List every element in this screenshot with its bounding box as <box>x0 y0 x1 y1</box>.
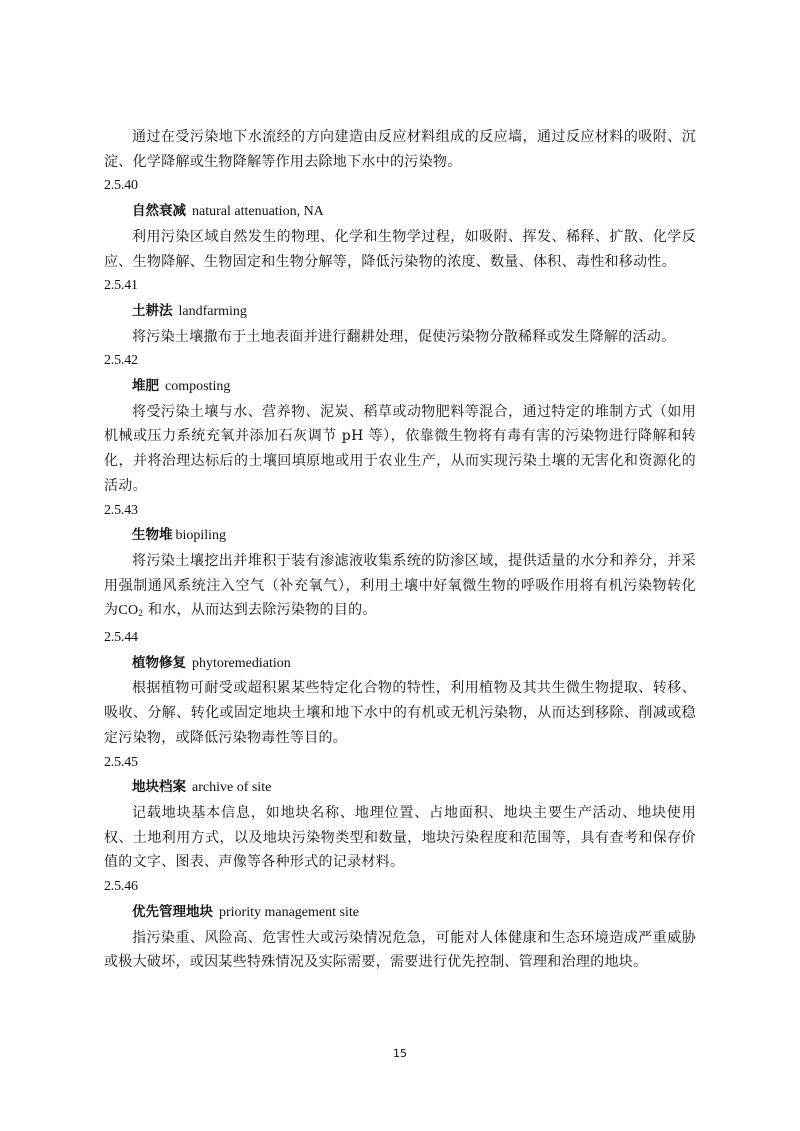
intro-paragraph: 通过在受污染地下水流经的方向建造由反应材料组成的反应墙，通过反应材料的吸附、沉淀… <box>104 125 696 174</box>
term-english: priority management site <box>219 905 359 920</box>
page-number: 15 <box>0 1047 800 1060</box>
term-chinese: 土耕法 <box>132 303 173 319</box>
term-english: composting <box>165 379 230 394</box>
clause-number: 2.5.41 <box>104 274 696 299</box>
clause-number: 2.5.42 <box>104 349 696 374</box>
term-chinese: 植物修复 <box>132 655 186 671</box>
term-english: phytoremediation <box>192 656 291 671</box>
term-chinese: 自然衰减 <box>132 203 186 219</box>
entry-2-5-42: 2.5.42 堆肥composting 将受污染土壤与水、营养物、泥炭、稻草或动… <box>104 349 696 498</box>
term-heading: 植物修复phytoremediation <box>104 651 696 677</box>
entry-2-5-44: 2.5.44 植物修复phytoremediation 根据植物可耐受或超积累某… <box>104 626 696 751</box>
term-heading: 生物堆biopiling <box>104 523 696 549</box>
definition-text-end: 和水，从而达到去除污染物的目的。 <box>143 602 377 618</box>
term-english: biopiling <box>176 528 227 543</box>
formula-base: CO <box>118 603 138 618</box>
term-chinese: 优先管理地块 <box>132 904 213 920</box>
entry-2-5-41: 2.5.41 土耕法landfarming 将污染土壤撒布于土地表面并进行翻耕处… <box>104 274 696 349</box>
entry-2-5-46: 2.5.46 优先管理地块priority management site 指污… <box>104 875 696 975</box>
term-heading: 优先管理地块priority management site <box>104 900 696 926</box>
term-definition: 将受污染土壤与水、营养物、泥炭、稻草或动物肥料等混合，通过特定的堆制方式（如用机… <box>104 400 696 499</box>
term-chinese: 生物堆 <box>132 527 173 543</box>
term-english: natural attenuation, NA <box>192 204 324 219</box>
term-definition: 将污染土壤挖出并堆积于装有渗滤液收集系统的防渗区域，提供适量的水分和养分，并采用… <box>104 549 696 626</box>
term-chinese: 地块档案 <box>132 779 186 795</box>
term-definition: 利用污染区域自然发生的物理、化学和生物学过程，如吸附、挥发、稀释、扩散、化学反应… <box>104 225 696 274</box>
entry-2-5-45: 2.5.45 地块档案archive of site 记载地块基本信息，如地块名… <box>104 751 696 876</box>
term-heading: 土耕法landfarming <box>104 299 696 325</box>
term-definition: 根据植物可耐受或超积累某些特定化合物的特性，利用植物及其共生微生物提取、转移、吸… <box>104 676 696 750</box>
clause-number: 2.5.45 <box>104 751 696 776</box>
chemical-formula: CO2 <box>118 603 143 618</box>
term-definition: 将污染土壤撒布于土地表面并进行翻耕处理，促使污染物分散稀释或发生降解的活动。 <box>104 325 696 350</box>
term-english: archive of site <box>192 780 271 795</box>
term-heading: 堆肥composting <box>104 374 696 400</box>
term-english: landfarming <box>179 304 247 319</box>
term-heading: 地块档案archive of site <box>104 775 696 801</box>
term-definition: 记载地块基本信息，如地块名称、地理位置、占地面积、地块主要生产活动、地块使用权、… <box>104 801 696 875</box>
term-chinese: 堆肥 <box>132 378 159 394</box>
clause-number: 2.5.40 <box>104 174 696 199</box>
entry-2-5-40: 2.5.40 自然衰减natural attenuation, NA 利用污染区… <box>104 174 696 274</box>
clause-number: 2.5.43 <box>104 499 696 524</box>
term-definition: 指污染重、风险高、危害性大或污染情况危急，可能对人体健康和生态环境造成严重威胁或… <box>104 926 696 975</box>
term-heading: 自然衰减natural attenuation, NA <box>104 199 696 225</box>
entry-2-5-43: 2.5.43 生物堆biopiling 将污染土壤挖出并堆积于装有渗滤液收集系统… <box>104 499 696 627</box>
clause-number: 2.5.46 <box>104 875 696 900</box>
page-body: 通过在受污染地下水流经的方向建造由反应材料组成的反应墙，通过反应材料的吸附、沉淀… <box>104 125 696 975</box>
clause-number: 2.5.44 <box>104 626 696 651</box>
